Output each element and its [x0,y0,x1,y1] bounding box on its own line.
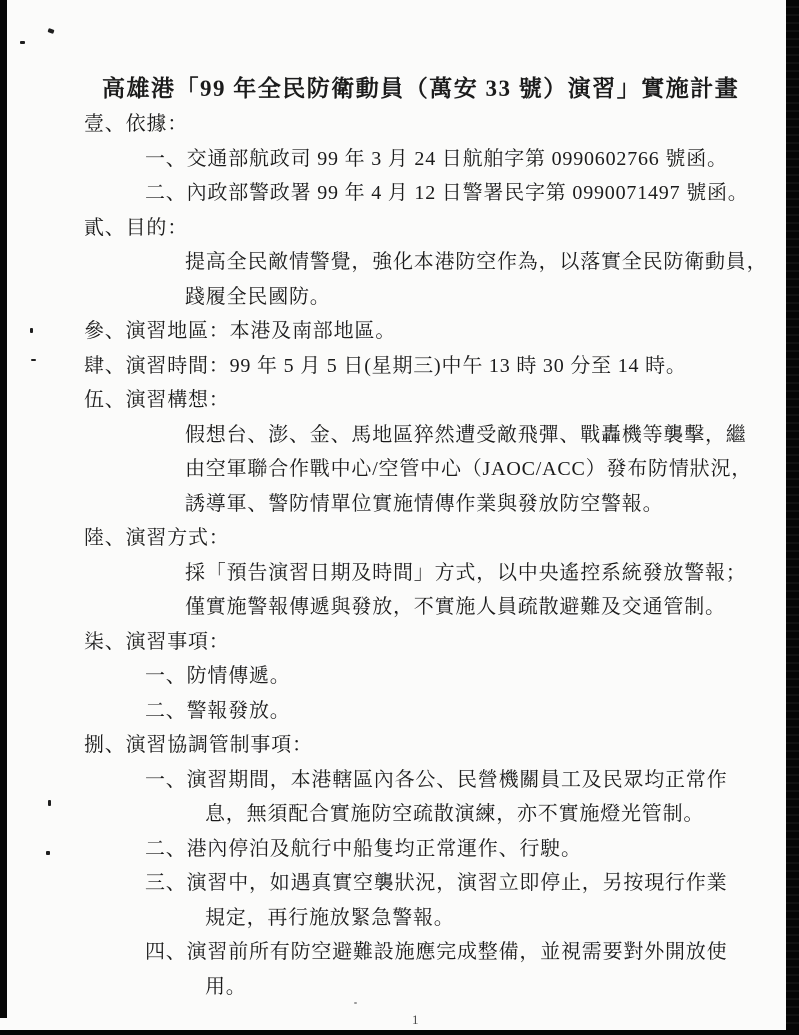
scan-border-right [786,0,799,1035]
section-heading: 參、演習地區：本港及南部地區。 [84,314,780,349]
section-heading: 肆、演習時間：99 年 5 月 5 日(星期三)中午 13 時 30 分至 14… [84,349,780,384]
section-heading: 捌、演習協調管制事項： [84,728,780,763]
list-item: 一、防情傳遞。 [145,659,780,694]
paragraph-line: 提高全民敵情警覺，強化本港防空作為，以落實全民防衛動員， [185,245,780,280]
paragraph-line: 採「預告演習日期及時間」方式，以中央遙控系統發放警報； [185,556,780,591]
list-item: 三、演習中，如遇真實空襲狀況，演習立即停止，另按現行作業 [145,866,780,901]
list-item-continued: 用。 [205,970,780,1005]
list-item: 二、港內停泊及航行中船隻均正常運作、行駛。 [145,832,780,867]
document-title: 高雄港「99 年全民防衛動員（萬安 33 號）演習」實施計畫 [102,70,780,107]
scan-speck [20,41,25,44]
paragraph-line: 由空軍聯合作戰中心/空管中心（JAOC/ACC）發布防情狀況， [185,452,780,487]
section-heading: 陸、演習方式： [84,521,780,556]
paragraph-line: 誘導軍、警防情單位實施情傳作業與發放防空警報。 [185,487,780,522]
paragraph-line: 踐履全民國防。 [185,280,780,315]
list-item: 一、演習期間，本港轄區內各公、民營機關員工及民眾均正常作 [145,763,780,798]
paragraph-line: 僅實施警報傳遞與發放，不實施人員疏散避難及交通管制。 [185,590,780,625]
section-heading: 柒、演習事項： [84,625,780,660]
section-heading: 伍、演習構想： [84,383,780,418]
list-item: 四、演習前所有防空避難設施應完成整備，並視需要對外開放使 [145,935,780,970]
scanned-document-page: 高雄港「99 年全民防衛動員（萬安 33 號）演習」實施計畫 壹、依據： 一、交… [0,0,799,1035]
list-item: 一、交通部航政司 99 年 3 月 24 日航舶字第 0990602766 號函… [145,142,780,177]
scan-speck [47,28,54,34]
list-item-continued: 規定，再行施放緊急警報。 [205,901,780,936]
page-number: 1 [412,1012,419,1028]
list-item: 二、警報發放。 [145,694,780,729]
section-heading: 壹、依據： [84,107,780,142]
document-body: 高雄港「99 年全民防衛動員（萬安 33 號）演習」實施計畫 壹、依據： 一、交… [0,70,780,1004]
scan-border-bottom [0,1030,799,1035]
paragraph-line: 假想台、澎、金、馬地區猝然遭受敵飛彈、戰轟機等襲擊，繼 [185,418,780,453]
list-item: 二、內政部警政署 99 年 4 月 12 日警署民字第 0990071497 號… [145,176,780,211]
list-item-continued: 息，無須配合實施防空疏散演練，亦不實施燈光管制。 [205,797,780,832]
section-heading: 貳、目的： [84,211,780,246]
